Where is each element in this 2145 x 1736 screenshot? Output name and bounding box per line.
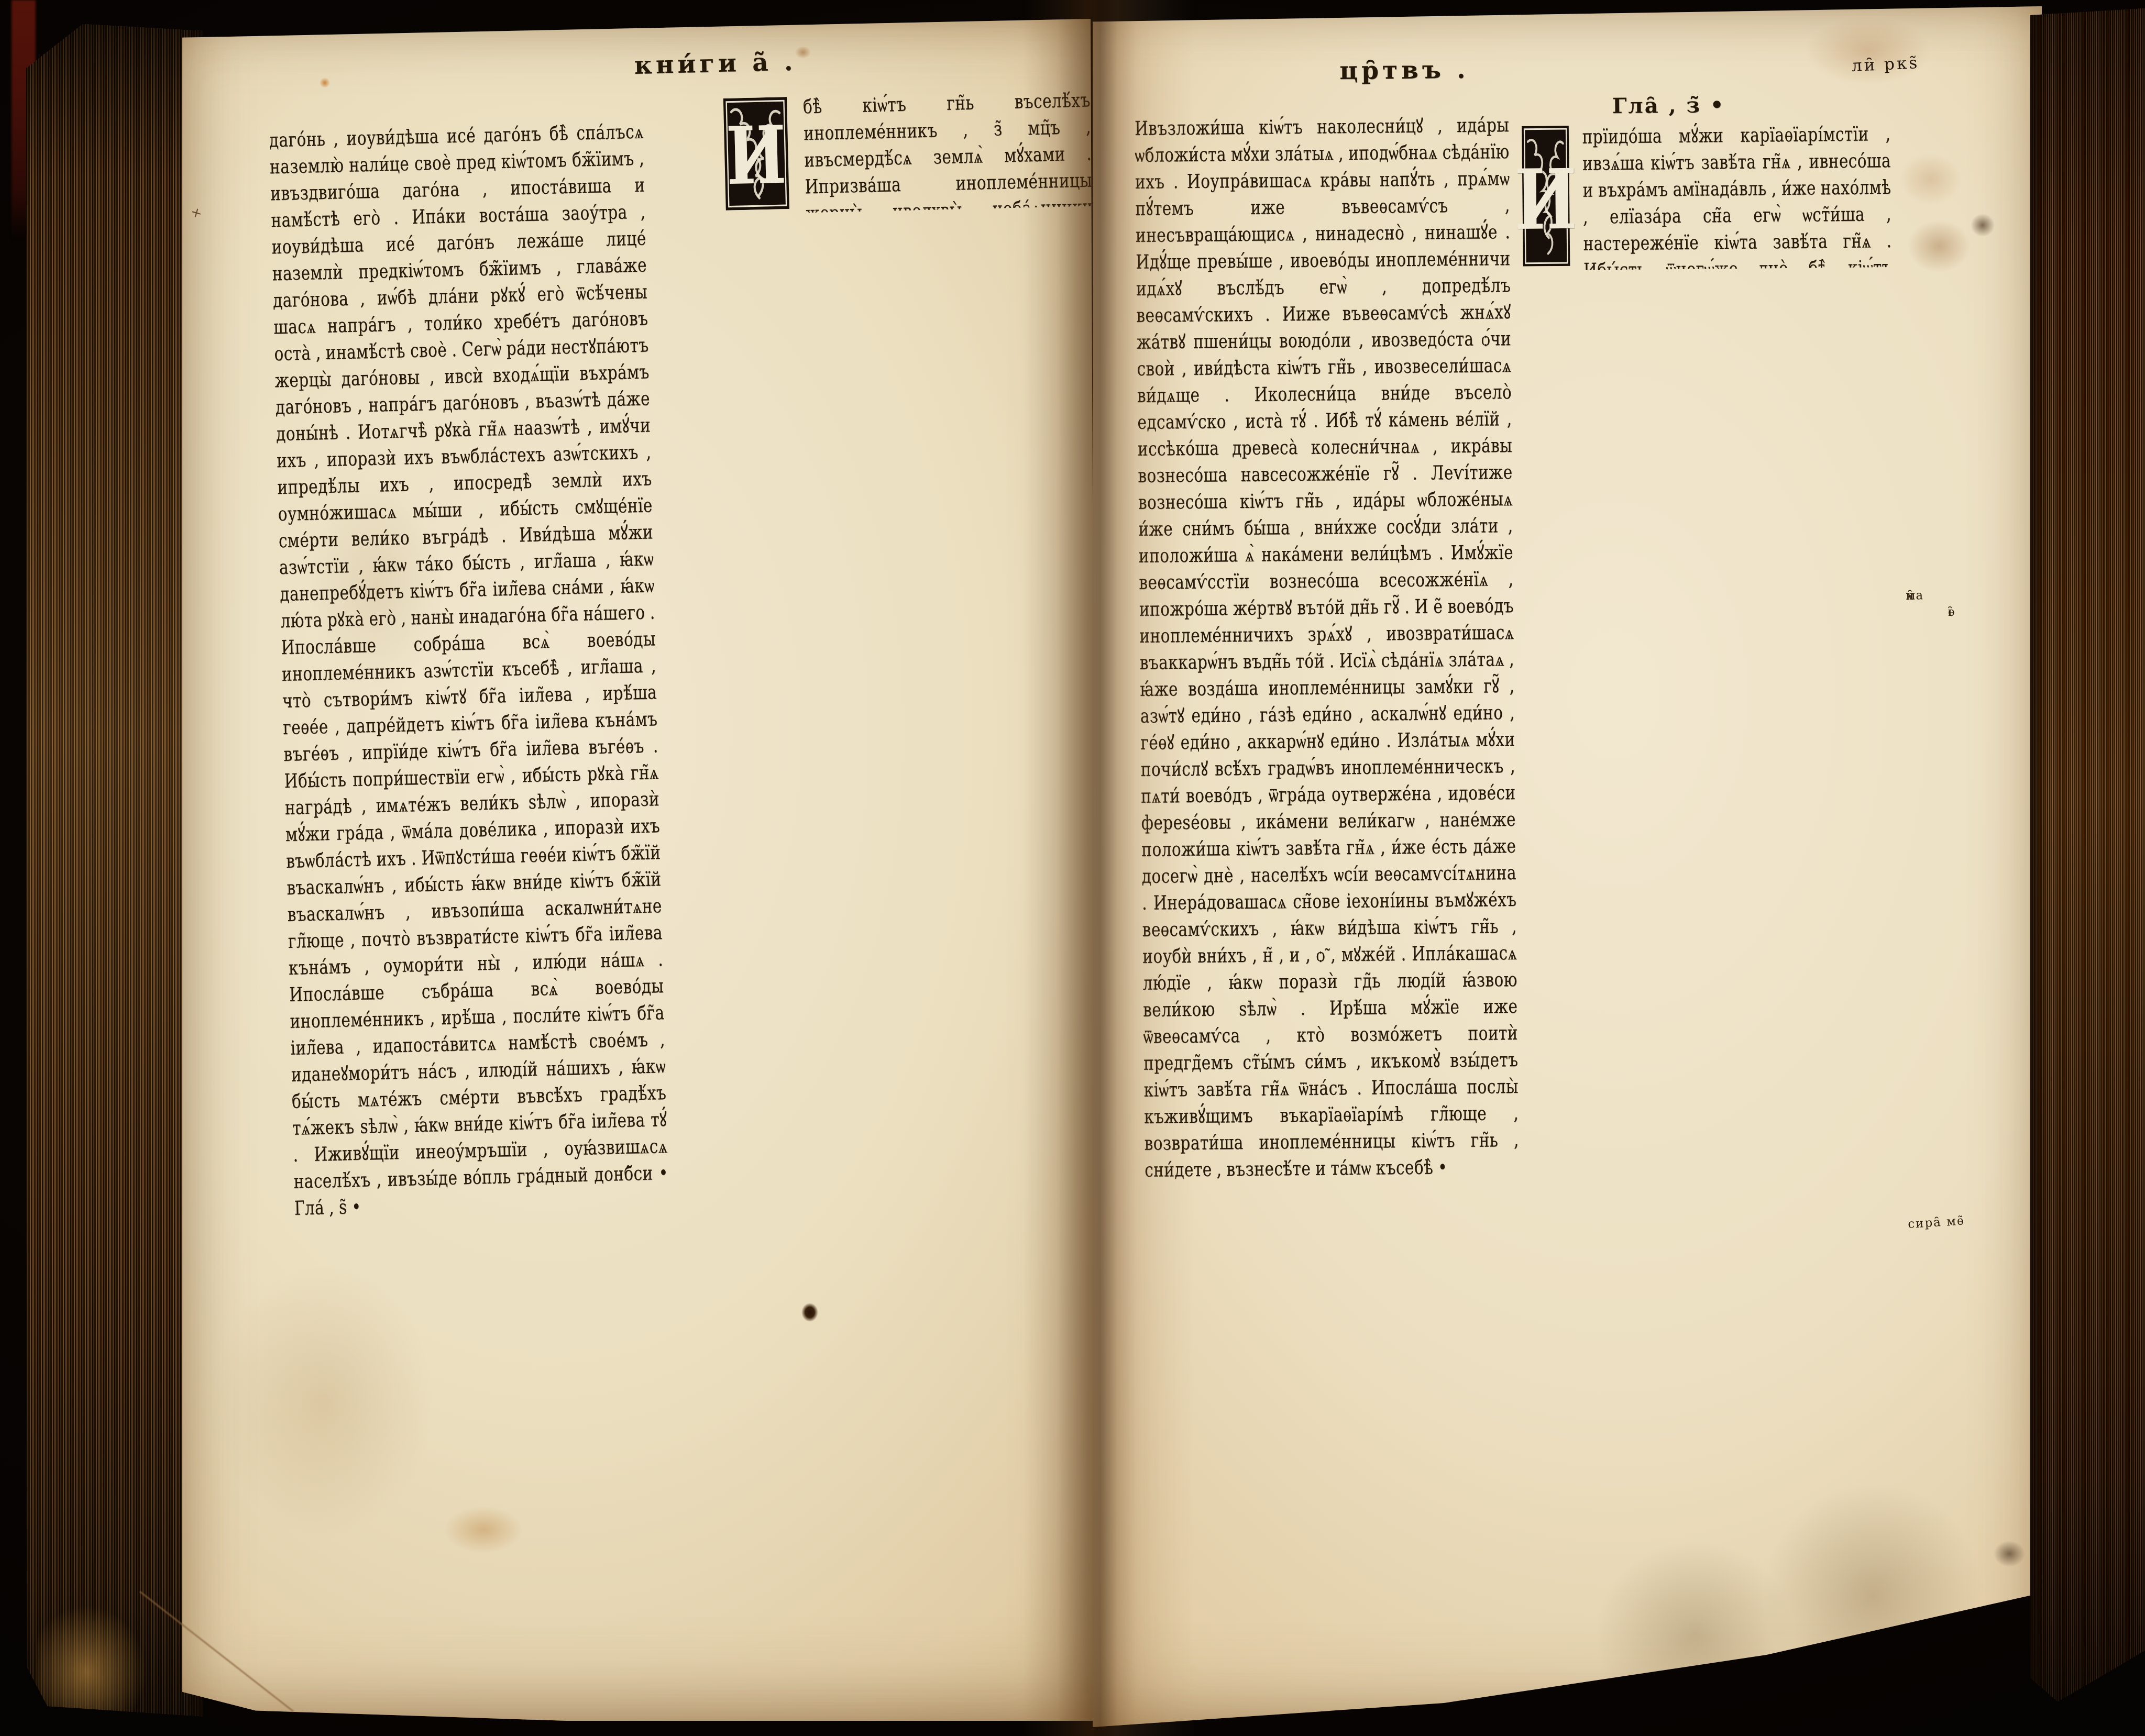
edge-gold-highlight (37, 1601, 178, 1720)
right-column-1: Ивъзложи́ша кіѡ́тъ наколесни́цꙋ , ида́ры… (1135, 112, 1520, 1184)
left-column-2: И бѣ̀ кіѡ́тъ гн̃ь въселѣ́хъ иноплеме́нни… (716, 86, 1093, 215)
initial-letter: И (1516, 151, 1576, 249)
ink-blot (801, 1303, 818, 1322)
margin-note-line: ма (1906, 585, 1923, 606)
right-column-2: И прїидо́ша мꙋ́жи карїаѳїарі́мстїи , ивз… (1516, 120, 1892, 271)
right-column-2-text: прїидо́ша мꙋ́жи карїаѳїарі́мстїи , ивзѧ́… (1582, 120, 1891, 271)
right-page-edge-stack (2030, 8, 2145, 1719)
edge-burn-line (2030, 8, 2046, 1719)
edge-shading (2030, 8, 2145, 1719)
left-page: кни́ги а̃ . + даго́нь , иоуви́дѣша исе́ … (182, 19, 1098, 1721)
edge-shading (26, 24, 203, 1720)
running-head-left: кни́ги а̃ . (579, 46, 852, 81)
left-column-2-text: бѣ̀ кіѡ́тъ гн̃ь въселѣ́хъ иноплеме́нникъ… (802, 86, 1093, 215)
chapter-heading: Гла̑ , з̃ • (1585, 93, 1752, 119)
margin-note-line: ѳ (1948, 593, 1955, 631)
ornamental-initial-icon: И (716, 97, 797, 211)
margin-mark: + (189, 204, 204, 222)
left-page-edge-stack (26, 24, 203, 1720)
open-book-photo: кни́ги а̃ . + даго́нь , иоуви́дѣша исе́ … (0, 0, 2145, 1736)
right-page: цр̑твъ . ли̑ ркѕ̃ Гла̑ , з̃ • Ивъзложи́ш… (1093, 6, 2042, 1727)
margin-note: сира̑ мѳ̃ (1907, 1206, 2034, 1235)
left-column-1: даго́нь , иоуви́дѣша исе́ даго́нъ бѣ̀ сп… (269, 118, 669, 1222)
folio-number: ли̑ ркѕ̃ (1851, 50, 2009, 75)
ornamental-initial-icon: И (1516, 126, 1576, 267)
margin-note: и̑ ч ма (1906, 585, 1942, 585)
running-head-right: цр̑твъ . (1294, 55, 1515, 86)
initial-letter: И (725, 108, 787, 203)
